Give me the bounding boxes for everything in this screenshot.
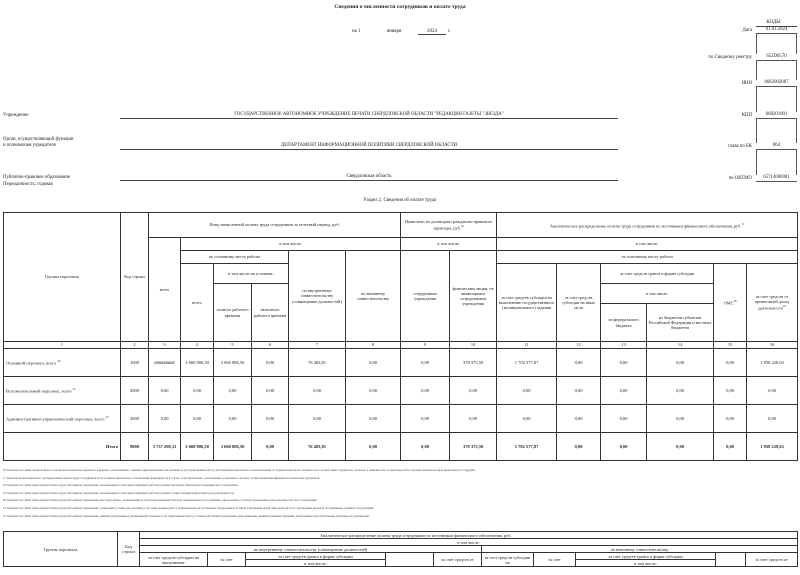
table-cell: 0,00 xyxy=(214,405,252,433)
col-num: 13 xyxy=(601,342,647,349)
header-regional: из бюджетов субъектов Российской Федерац… xyxy=(647,304,714,342)
table-cell: 0,00 xyxy=(346,405,401,433)
table-cell: 0,00 xyxy=(557,405,601,433)
codes-box xyxy=(756,26,797,180)
document-title: Сведения о численности сотрудников и опл… xyxy=(0,4,800,10)
col-num: 15 xyxy=(714,342,747,349)
institution-value: ГОСУДАРСТВЕННОЕ АВТОНОМНОЕ УЧРЕЖДЕНИЕ ПЕ… xyxy=(120,112,618,119)
header-fund-including: в том числе: xyxy=(181,238,401,251)
table-cell: 0,00 xyxy=(714,405,747,433)
table-cell: 0,00 xyxy=(252,377,289,405)
code-value-date: 01.01.2024 xyxy=(756,27,797,34)
header-fund: Фонд начисленной оплаты труда сотруднико… xyxy=(149,213,401,238)
table-row: Административно-управленческий персонал,… xyxy=(4,405,798,433)
table-cell: 0,00 xyxy=(497,405,557,433)
founder-label: Орган, осуществляющий функции и полномоч… xyxy=(3,137,73,149)
table-cell: 0,00 xyxy=(181,377,214,405)
t2-header-code: Код строки xyxy=(118,532,140,567)
table-cell: 378 375,50 xyxy=(450,433,497,461)
table-cell: 0,00 xyxy=(557,377,601,405)
date-year: 2024 xyxy=(418,29,446,35)
report-date-line: на 1 января 2024 г. xyxy=(0,29,800,37)
header-code: Код строки xyxy=(121,213,149,342)
t2-header-grant-2: за счет средств гранта в форме субсидии xyxy=(576,553,716,560)
code-label-kpp: КПП xyxy=(742,113,752,118)
header-employees: сотрудникам учреждения xyxy=(401,251,450,342)
code-label-inn: ИНН xyxy=(742,81,752,86)
table-cell: 0,00 xyxy=(401,349,450,377)
founder-label-line2: и полномочия учредителя xyxy=(3,143,73,149)
col-num: 9 xyxy=(401,342,450,349)
table-cell: 0,00 xyxy=(601,349,647,377)
table-cell: 3 660 806,50 xyxy=(214,349,252,377)
t2-header-za-schet-2: за счет xyxy=(534,553,576,567)
table-row: Итого90003 737 290,313 660 806,503 660 8… xyxy=(4,433,798,461)
col-num: 3 xyxy=(149,342,181,349)
table-cell: 76 483,81 xyxy=(289,433,346,461)
table-cell: 0,00 xyxy=(289,405,346,433)
header-income: за счет средств от приносящей доход деят… xyxy=(747,264,798,342)
salary-table: Группы персонала Код строки Фонд начисле… xyxy=(3,212,798,461)
col-num: 11 xyxy=(497,342,557,349)
header-grant: за счет средств гранта в форме субсидии xyxy=(601,264,714,284)
table-cell: 0,00 xyxy=(647,377,714,405)
table-cell: ######### xyxy=(149,349,181,377)
code-value-oktmo: 65714000001 xyxy=(756,175,797,182)
t2-header-groups: Группы персонала xyxy=(4,532,118,567)
table-cell: 0,00 xyxy=(181,405,214,433)
table-cell: 0,00 xyxy=(346,377,401,405)
table-cell: 0,00 xyxy=(450,405,497,433)
section-title: Раздел 2. Сведения об оплате труда xyxy=(0,198,800,203)
header-grant-including: в том числе: xyxy=(601,284,714,304)
header-income-sup: 19 xyxy=(783,304,786,308)
public-entity-value: Свердловская область xyxy=(120,174,618,181)
row-group-name: Административно-управленческий персонал,… xyxy=(4,405,121,433)
t2-header-incl: в том числе: xyxy=(246,560,386,567)
footnote: 21 Указывается сумма начисленной оплаты … xyxy=(3,505,797,513)
t2-header-za-schet-ot-2: за счет средств от xyxy=(746,553,798,567)
codes-header: КОДЫ xyxy=(750,20,797,25)
table-row: Основной персонал, всего 201000#########… xyxy=(4,349,798,377)
date-month: января xyxy=(387,29,401,34)
table-cell: 1 958 228,63 xyxy=(747,433,798,461)
header-gph-text: Начислено по договорам гражданско-правов… xyxy=(405,219,492,231)
footnote: 17 Показатели аналитического распределен… xyxy=(3,475,797,483)
t2-header-subsidy-task: за счет средств субсидии на выполнение xyxy=(140,553,208,567)
table-cell: 0,00 xyxy=(647,349,714,377)
header-gph-sup: 16 xyxy=(461,224,464,228)
t2-header-external: по внешнему совместительству xyxy=(482,546,798,553)
col-num: 16 xyxy=(747,342,798,349)
code-value-inn: 6682002087 xyxy=(756,80,797,87)
t2-header-incl-2: в том числе: xyxy=(576,560,716,567)
row-group-name-text: Итого xyxy=(106,444,118,449)
row-group-name: Итого xyxy=(4,433,121,461)
table-cell: 1 958 228,63 xyxy=(747,349,798,377)
row-footnote-ref: 20 xyxy=(57,359,60,363)
table-cell: 1 702 577,87 xyxy=(497,433,557,461)
footnote: 18 Указывается сумма начисленной оплаты … xyxy=(3,482,797,490)
salary-table-continued: Группы персонала Код строки Аналитическо… xyxy=(3,531,798,567)
column-numbers-row: 1 2 3 4 5 6 7 8 9 10 11 12 13 14 15 16 xyxy=(4,342,798,349)
col-num: 4 xyxy=(181,342,214,349)
code-value-bk: 064 xyxy=(756,143,797,150)
header-incl-conditions: в том числе на условиях: xyxy=(214,264,289,284)
header-analytic-sup: 17 xyxy=(741,222,744,226)
header-analytic-including: в том числе: xyxy=(497,238,798,251)
header-external: по внешнему совместительству xyxy=(346,251,401,342)
col-num: 8 xyxy=(346,342,401,349)
row-footnote-ref: 22 xyxy=(106,415,109,419)
code-label-registry: по Сводному реестру xyxy=(708,55,752,60)
header-fund-total: всего xyxy=(149,238,181,342)
table-cell: 0,00 xyxy=(450,377,497,405)
table-cell: 0,00 xyxy=(401,433,450,461)
row-code: 1000 xyxy=(121,349,149,377)
row-group-name-text: Вспомогательный персонал, всего xyxy=(6,389,72,394)
t2-header-za-schet: за счет xyxy=(208,553,246,567)
table-cell: 0,00 xyxy=(714,433,747,461)
row-group-name-text: Основной персонал, всего xyxy=(6,361,56,366)
table-cell: 3 737 290,31 xyxy=(149,433,181,461)
table-cell: 0,00 xyxy=(557,349,601,377)
header-oms-text: ОМС xyxy=(724,301,734,306)
table-cell: 0,00 xyxy=(747,405,798,433)
table-cell: 0,00 xyxy=(252,405,289,433)
table-cell: 0,00 xyxy=(601,377,647,405)
table-cell: 0,00 xyxy=(289,377,346,405)
table-cell: 0,00 xyxy=(214,377,252,405)
table-cell: 0,00 xyxy=(401,377,450,405)
header-part-time: неполного рабочего времени xyxy=(252,284,289,342)
header-federal: из федерального бюджета xyxy=(601,304,647,342)
table-cell: 0,00 xyxy=(714,377,747,405)
col-num: 6 xyxy=(252,342,289,349)
header-oms-sup: 18 xyxy=(733,299,736,303)
col-num: 14 xyxy=(647,342,714,349)
table-cell: 0,00 xyxy=(647,405,714,433)
t2-header-including: в том числе: xyxy=(140,539,798,546)
footnote: 19 Указывается сумма начисленной оплаты … xyxy=(3,490,797,498)
table-cell: 378 375,50 xyxy=(450,349,497,377)
code-value-kpp: 668201001 xyxy=(756,112,797,119)
header-internal: по внутреннему совместительству (совмеще… xyxy=(289,251,346,342)
footnote: 22 Указывается сумма начисленной оплаты … xyxy=(3,513,797,521)
row-group-name: Основной персонал, всего 20 xyxy=(4,349,121,377)
table-cell: 1 702 577,87 xyxy=(497,349,557,377)
table-cell: 0,00 xyxy=(401,405,450,433)
table-cell: 3 660 806,50 xyxy=(214,433,252,461)
row-code: 9000 xyxy=(121,433,149,461)
table-cell: 0,00 xyxy=(601,433,647,461)
row-code: 2000 xyxy=(121,377,149,405)
header-main-total: всего xyxy=(181,264,214,342)
table-cell: 76 483,81 xyxy=(289,349,346,377)
header-gph: Начислено по договорам гражданско-правов… xyxy=(401,213,497,238)
footnote: 16 Указывается сумма, начисленная по дог… xyxy=(3,467,797,475)
code-label-oktmo: по ОКТМО xyxy=(729,176,752,181)
table-cell: 0,00 xyxy=(346,349,401,377)
table-cell: 0,00 xyxy=(601,405,647,433)
header-subsidy-other: за счет средств субсидии на иные цели xyxy=(557,264,601,342)
row-code: 3000 xyxy=(121,405,149,433)
footnote: 20 Указывается сумма начисленной оплаты … xyxy=(3,497,797,505)
table-cell: 0,00 xyxy=(149,377,181,405)
header-analytic-text: Аналитическое распределение оплаты труда… xyxy=(550,223,741,228)
code-label-bk: глава по БК xyxy=(728,144,752,149)
col-num: 2 xyxy=(121,342,149,349)
header-oms: ОМС18 xyxy=(714,264,747,342)
header-analytic-main-place: по основному месту работы xyxy=(497,251,798,264)
public-entity-label: Публично-правовое образование xyxy=(3,175,70,181)
table-cell: 0,00 xyxy=(714,349,747,377)
founder-value: ДЕПАРТАМЕНТ ИНФОРМАЦИОННОЙ ПОЛИТИКИ СВЕР… xyxy=(120,143,618,150)
header-groups: Группы персонала xyxy=(4,213,121,342)
col-num: 10 xyxy=(450,342,497,349)
col-num: 12 xyxy=(557,342,601,349)
header-main-place: по основному месту работы xyxy=(181,251,289,264)
header-subsidy-task: за счет средств субсидии на выполнение г… xyxy=(497,264,557,342)
code-label-date: Дата xyxy=(742,28,752,33)
t2-header-subsidy-na: за счет средств субсидии на xyxy=(482,553,534,567)
table-cell: 0,00 xyxy=(252,433,289,461)
row-footnote-ref: 21 xyxy=(73,387,76,391)
table-cell: 0,00 xyxy=(557,433,601,461)
row-group-name-text: Административно-управленческий персонал,… xyxy=(6,417,105,422)
table-cell: 0,00 xyxy=(497,377,557,405)
header-gph-including: в том числе: xyxy=(401,238,497,251)
t2-header-analytic: Аналитическое распределение оплаты труда… xyxy=(140,532,798,539)
table-cell: 3 660 806,50 xyxy=(181,433,214,461)
t2-header-blank-2 xyxy=(716,553,746,567)
table-cell: 0,00 xyxy=(149,405,181,433)
institution-label: Учреждение xyxy=(3,113,28,119)
footnotes: 16 Указывается сумма, начисленная по дог… xyxy=(3,467,797,520)
header-analytic: Аналитическое распределение оплаты труда… xyxy=(497,213,798,238)
col-num: 7 xyxy=(289,342,346,349)
date-prefix: на 1 xyxy=(352,29,361,34)
header-individuals: физическим лицам, не являющимся сотрудни… xyxy=(450,251,497,342)
t2-header-grant: за счет средств гранта в форме субсидии xyxy=(246,553,386,560)
table-cell: 0,00 xyxy=(647,433,714,461)
table-cell: 0,00 xyxy=(346,433,401,461)
table-row: Вспомогательный персонал, всего 2120000,… xyxy=(4,377,798,405)
table-cell: 0,00 xyxy=(252,349,289,377)
date-suffix: г. xyxy=(448,29,451,34)
t2-header-blank xyxy=(386,553,434,567)
t2-header-internal: по внутреннему совместительству (совмеще… xyxy=(140,546,482,553)
periodicity-label: Периодичность: годовая xyxy=(3,182,53,188)
row-group-name: Вспомогательный персонал, всего 21 xyxy=(4,377,121,405)
code-value-registry: 652D0570 xyxy=(756,54,797,61)
table-cell: 0,00 xyxy=(747,377,798,405)
t2-header-za-schet-ot: за счет средств от xyxy=(434,553,482,567)
header-full-time: полного рабочего времени xyxy=(214,284,252,342)
col-num: 5 xyxy=(214,342,252,349)
table-cell: 3 660 806,50 xyxy=(181,349,214,377)
col-num: 1 xyxy=(4,342,121,349)
